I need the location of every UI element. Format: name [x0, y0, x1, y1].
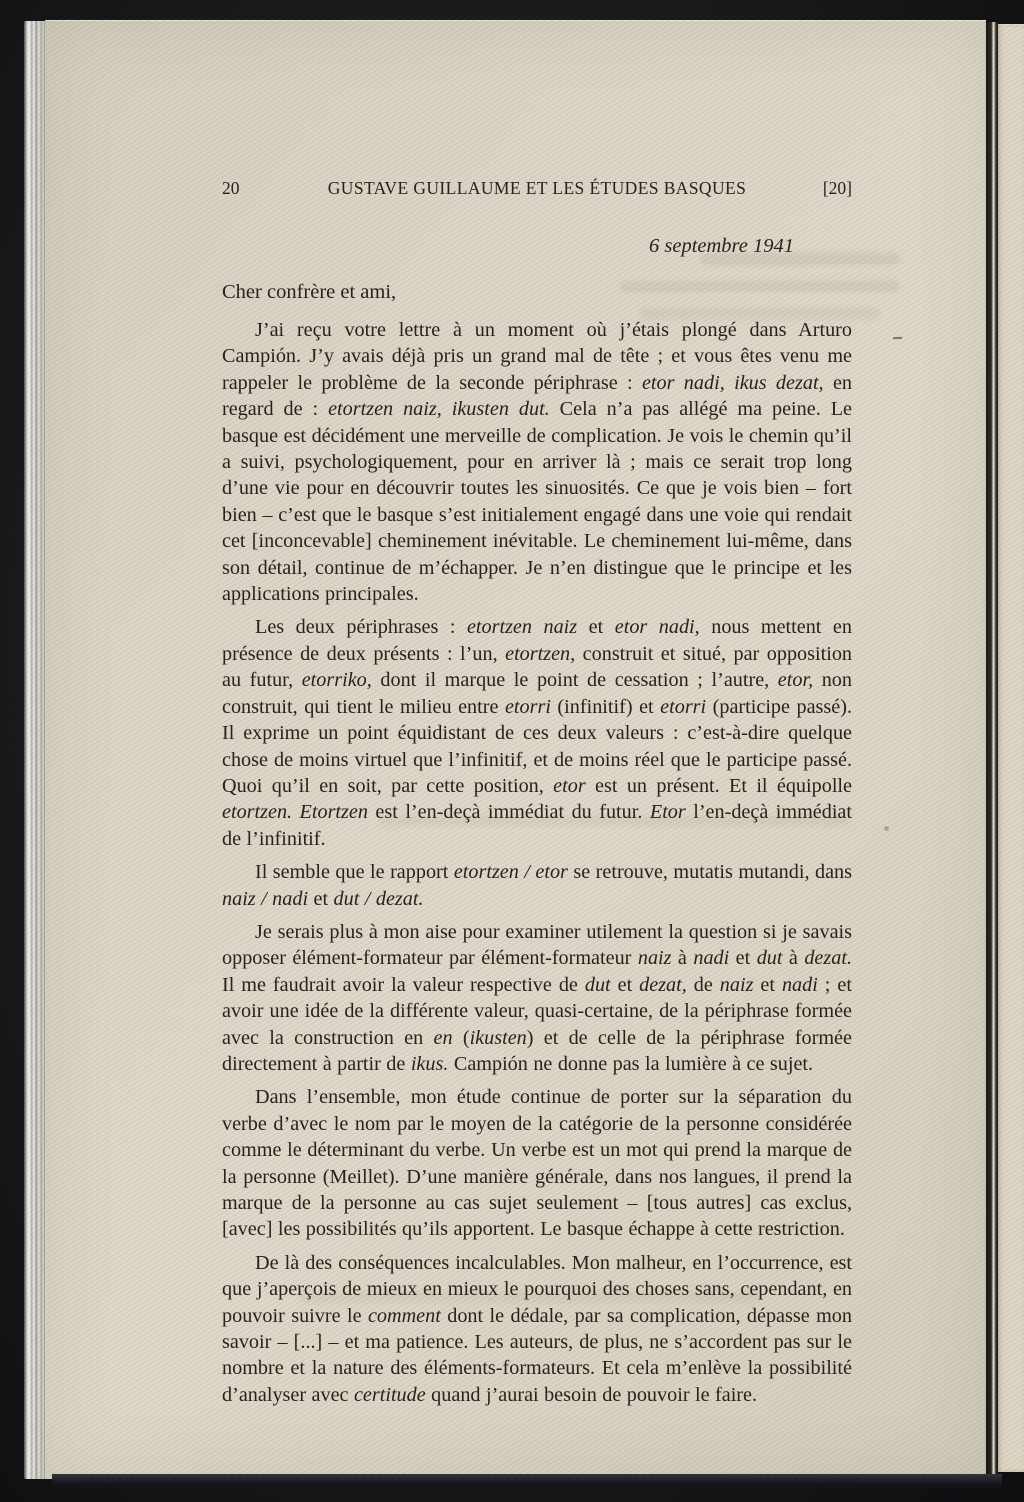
letter-paragraph: Je serais plus à mon aise pour examiner … — [222, 919, 852, 1077]
text-run: est l’en-deçà immédiat du futur. — [368, 801, 650, 823]
book-page-edge-stack — [24, 21, 45, 1479]
text-run: à — [782, 947, 804, 969]
text-run: et — [577, 616, 615, 638]
italic-run: comment — [368, 1305, 441, 1327]
text-run: nous mettent en présence de deux présent… — [222, 616, 852, 664]
italic-run: etortzen naiz, ikusten dut. — [328, 398, 550, 420]
italic-run: dut / dezat. — [334, 888, 424, 910]
italic-run: etor — [553, 775, 586, 797]
italic-run: etortzen naiz — [467, 616, 577, 638]
letter-salutation: Cher confrère et ami, — [222, 279, 852, 306]
text-run: et — [611, 974, 640, 996]
italic-run: ikus. — [411, 1053, 449, 1075]
italic-run: Etor — [650, 801, 686, 823]
italic-run: nadi — [693, 947, 729, 969]
text-run: quand j’aurai besoin de pouvoir le faire… — [426, 1384, 757, 1406]
page-bottom-shadow — [52, 1474, 1002, 1490]
text-run: dont il marque le point de cessation ; l… — [372, 669, 778, 691]
page-number: 20 — [222, 178, 282, 198]
letter-paragraph: Il semble que le rapport etortzen / etor… — [222, 859, 852, 912]
scan-speck — [893, 337, 902, 339]
text-run: se retrouve, mutatis mutandi, dans — [568, 861, 852, 883]
italic-run: etor, — [778, 669, 813, 691]
italic-run: naiz / nadi — [222, 888, 308, 910]
letter-date: 6 septembre 1941 — [222, 235, 852, 258]
bleed-through-line — [300, 1292, 760, 1303]
page-content: 20 GUSTAVE GUILLAUME ET LES ÉTUDES BASQU… — [222, 178, 852, 1408]
italic-run: dezat. — [804, 947, 852, 969]
column-number: [20] — [792, 178, 852, 198]
text-run: dont le dédale, par sa complication, dép… — [222, 1305, 852, 1406]
italic-run: ikusten — [470, 1027, 527, 1049]
text-run: Dans l’ensemble, mon étude continue de p… — [222, 1086, 852, 1240]
bleed-through-line — [620, 281, 900, 292]
text-run: Je serais plus à mon aise pour examiner … — [222, 921, 852, 969]
text-run: ) et de celle de la périphrase formée di… — [222, 1027, 852, 1075]
italic-run: dezat, — [639, 974, 687, 996]
text-run: Les deux périphrases : — [255, 616, 467, 638]
italic-run: nadi — [782, 974, 818, 996]
letter-paragraph: De là des conséquences incalculables. Mo… — [222, 1250, 852, 1408]
italic-run: etor nadi, ikus dezat, — [642, 372, 824, 394]
text-run: construit et situé, par opposition au fu… — [222, 643, 852, 691]
italic-run: etorriko, — [302, 669, 372, 691]
text-run: l’en-deçà immédiat de l’infinitif. — [222, 801, 852, 849]
italic-run: certitude — [354, 1384, 426, 1406]
scan-speck — [884, 826, 889, 831]
running-title: GUSTAVE GUILLAUME ET LES ÉTUDES BASQUES — [282, 178, 792, 198]
italic-run: etortzen. Etortzen — [222, 801, 368, 823]
italic-run: etor nadi, — [615, 616, 700, 638]
letter-paragraph: J’ai reçu votre lettre à un moment où j’… — [222, 317, 852, 607]
text-run: ; et avoir une idée de la différente val… — [222, 974, 852, 1049]
text-run: à — [672, 947, 694, 969]
italic-run: etorri — [505, 696, 551, 718]
italic-run: naiz — [720, 974, 754, 996]
text-run: Il semble que le rapport — [255, 861, 454, 883]
text-run: (participe passé). Il exprime un point é… — [222, 696, 852, 797]
italic-run: dut — [757, 947, 783, 969]
text-run: et — [753, 974, 782, 996]
text-run: de — [687, 974, 720, 996]
italic-run: en — [434, 1027, 453, 1049]
text-run: en regard de : — [222, 372, 852, 420]
italic-run: etorri — [660, 696, 706, 718]
italic-run: etortzen, — [505, 643, 575, 665]
italic-run: etortzen / etor — [454, 861, 568, 883]
text-run: et — [729, 947, 756, 969]
text-run: non construit, qui tient le milieu entre — [222, 669, 852, 717]
italic-run: naiz — [638, 947, 672, 969]
letter-paragraph: Dans l’ensemble, mon étude continue de p… — [222, 1084, 852, 1242]
text-run: et — [308, 888, 333, 910]
text-run: ( — [453, 1027, 470, 1049]
letter-body: J’ai reçu votre lettre à un moment où j’… — [222, 317, 852, 1408]
text-run: J’ai reçu votre lettre à un moment où j’… — [222, 319, 852, 394]
book-gutter-crease — [984, 22, 999, 1474]
text-run: Il me faudrait avoir la valeur respectiv… — [222, 974, 585, 996]
book-page — [45, 20, 986, 1479]
text-run: Campión ne donne pas la lumière à ce suj… — [448, 1053, 813, 1075]
photo-backdrop: 20 GUSTAVE GUILLAUME ET LES ÉTUDES BASQU… — [0, 0, 1024, 1502]
facing-page-sliver — [998, 24, 1024, 1472]
bleed-through-line — [640, 308, 880, 319]
bleed-through-line — [380, 816, 850, 826]
text-run: Cela n’a pas allégé ma peine. Le basque … — [222, 398, 852, 605]
running-header: 20 GUSTAVE GUILLAUME ET LES ÉTUDES BASQU… — [222, 178, 852, 198]
text-run: (infinitif) et — [551, 696, 660, 718]
italic-run: dut — [585, 974, 611, 996]
letter-paragraph: Les deux périphrases : etortzen naiz et … — [222, 614, 852, 852]
text-run: est un présent. Et il équipolle — [586, 775, 852, 797]
text-run: De là des conséquences incalculables. Mo… — [222, 1252, 852, 1327]
bleed-through-line — [700, 253, 900, 265]
